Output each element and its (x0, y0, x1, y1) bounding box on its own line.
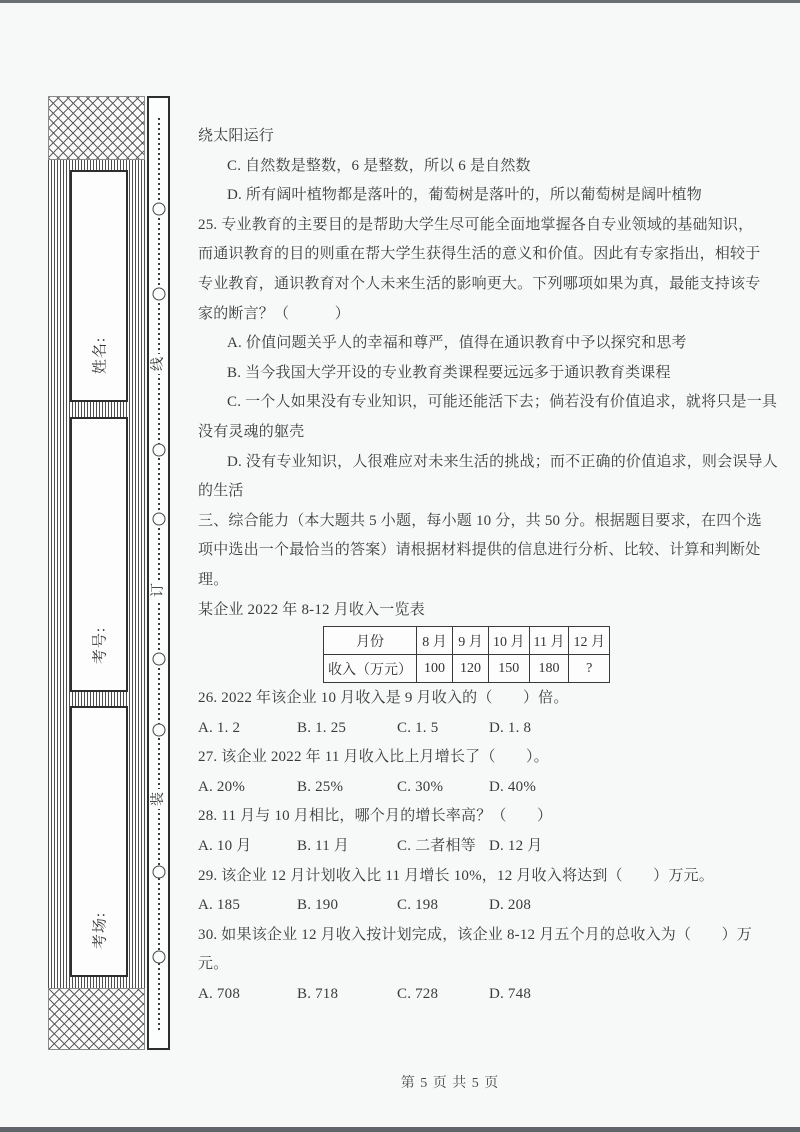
option-item: D. 40% (489, 773, 776, 803)
text-line: D. 所有阔叶植物都是落叶的，葡萄树是落叶的，所以葡萄树是阔叶植物 (198, 181, 776, 211)
table-income-cell: ? (569, 655, 610, 683)
text-line: 而通识教育的目的则重在帮大学生获得生活的意义和价值。因此有专家指出，相较于 (198, 240, 776, 270)
binding-line-char: 订 (152, 580, 166, 600)
option-item: A. 708 (198, 980, 297, 1010)
option-item: D. 12 月 (489, 832, 776, 862)
student-name-box: 姓名: (70, 170, 128, 402)
text-line: D. 没有专业知识，人很难应对未来生活的挑战；而不正确的价值追求，则会误导人 (198, 448, 776, 478)
exam-room-label: 考场: (89, 912, 110, 949)
binding-dotted-line (158, 118, 160, 1030)
option-item: C. 二者相等 (397, 832, 489, 862)
table-income-cell: 180 (529, 655, 569, 683)
option-item: A. 185 (198, 891, 297, 921)
options-row: A. 185B. 190C. 198D. 208 (198, 891, 776, 921)
option-item: B. 1. 25 (297, 714, 397, 744)
options-row: A. 20%B. 25%C. 30%D. 40% (198, 773, 776, 803)
option-item: C. 198 (397, 891, 489, 921)
exam-id-box: 考号: (70, 417, 128, 692)
text-line: 项中选出一个最恰当的答案）请根据材料提供的信息进行分析、比较、计算和判断处 (198, 536, 776, 566)
option-item: C. 1. 5 (397, 714, 489, 744)
binding-circle-icon (152, 866, 165, 879)
table-month-header: 8 月 (417, 627, 453, 655)
text-line: 的生活 (198, 477, 776, 507)
exam-room-box: 考场: (70, 706, 128, 977)
option-item: D. 748 (489, 980, 776, 1010)
option-item: B. 190 (297, 891, 397, 921)
table-col-header: 月份 (324, 627, 417, 655)
text-line: C. 一个人如果没有专业知识，可能还能活下去；倘若没有价值追求，就将只是一具 (198, 388, 776, 418)
seal-crosshatch-bottom (48, 988, 145, 1050)
options-row: A. 10 月B. 11 月C. 二者相等D. 12 月 (198, 832, 776, 862)
table-income-cell: 150 (489, 655, 530, 683)
seal-crosshatch-top (48, 96, 145, 160)
table-month-header: 11 月 (529, 627, 569, 655)
text-line: A. 价值问题关乎人的幸福和尊严，值得在通识教育中予以探究和思考 (198, 329, 776, 359)
option-item: D. 1. 8 (489, 714, 776, 744)
option-item: A. 10 月 (198, 832, 297, 862)
text-line: 元。 (198, 950, 776, 980)
binding-circle-icon (152, 203, 165, 216)
binding-circle-icon (152, 653, 165, 666)
binding-circle-icon (152, 951, 165, 964)
table-month-header: 12 月 (569, 627, 610, 655)
option-item: C. 30% (397, 773, 489, 803)
options-row: A. 1. 2B. 1. 25C. 1. 5D. 1. 8 (198, 714, 776, 744)
option-item: B. 25% (297, 773, 397, 803)
binding-line-box: 线订装 (147, 96, 170, 1050)
text-line: 27. 该企业 2022 年 11 月收入比上月增长了（ ）。 (198, 743, 776, 773)
text-line: 30. 如果该企业 12 月收入按计划完成，该企业 8-12 月五个月的总收入为… (198, 921, 776, 951)
text-line: B. 当今我国大学开设的专业教育类课程要远远多于通识教育类课程 (198, 359, 776, 389)
text-line: 绕太阳运行 (198, 122, 776, 152)
scan-top-edge (0, 0, 800, 3)
option-item: D. 208 (489, 891, 776, 921)
text-line: 26. 2022 年该企业 10 月收入是 9 月收入的（ ）倍。 (198, 684, 776, 714)
student-name-label: 姓名: (89, 337, 110, 374)
binding-circle-icon (152, 724, 165, 737)
income-table: 月份8 月9 月10 月11 月12 月收入（万元）100120150180? (323, 626, 610, 683)
text-line: 某企业 2022 年 8-12 月收入一览表 (198, 596, 776, 626)
option-item: A. 20% (198, 773, 297, 803)
exam-content: 绕太阳运行C. 自然数是整数，6 是整数，所以 6 是自然数D. 所有阔叶植物都… (198, 122, 776, 1010)
option-item: C. 728 (397, 980, 489, 1010)
table-month-header: 10 月 (489, 627, 530, 655)
text-line: 28. 11 月与 10 月相比，哪个月的增长率高？（ ） (198, 802, 776, 832)
text-line: 三、综合能力（本大题共 5 小题，每小题 10 分，共 50 分。根据题目要求，… (198, 507, 776, 537)
binding-line-char: 线 (152, 354, 166, 374)
option-item: B. 11 月 (297, 832, 397, 862)
binding-circle-icon (152, 444, 165, 457)
scan-bottom-edge (0, 1127, 800, 1132)
options-row: A. 708B. 718C. 728D. 748 (198, 980, 776, 1010)
text-line: 29. 该企业 12 月计划收入比 11 月增长 10%，12 月收入将达到（ … (198, 862, 776, 892)
binding-circle-icon (152, 288, 165, 301)
binding-circle-icon (152, 513, 165, 526)
exam-id-label: 考号: (89, 627, 110, 664)
option-item: A. 1. 2 (198, 714, 297, 744)
text-line: 25. 专业教育的主要目的是帮助大学生尽可能全面地掌握各自专业领域的基础知识， (198, 211, 776, 241)
table-month-header: 9 月 (453, 627, 489, 655)
binding-line-char: 装 (152, 789, 166, 809)
text-line: C. 自然数是整数，6 是整数，所以 6 是自然数 (198, 152, 776, 182)
option-item: B. 718 (297, 980, 397, 1010)
text-line: 家的断言？（ ） (198, 300, 776, 330)
text-line: 理。 (198, 566, 776, 596)
table-income-cell: 120 (453, 655, 489, 683)
page-footer: 第 5 页 共 5 页 (100, 1072, 800, 1092)
table-row-header: 收入（万元） (324, 655, 417, 683)
text-line: 专业教育，通识教育对个人未来生活的影响更大。下列哪项如果为真，最能支持该专 (198, 270, 776, 300)
text-line: 没有灵魂的躯壳 (198, 418, 776, 448)
table-income-cell: 100 (417, 655, 453, 683)
